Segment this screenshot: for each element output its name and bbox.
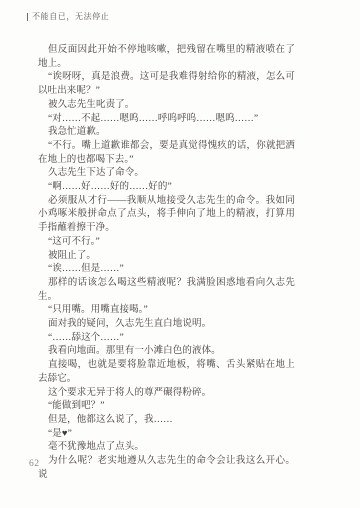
narration-paragraph: 我急忙道歉。 (38, 126, 295, 140)
dialogue-paragraph: “对……不起……嗯呜……呼呜呼呜……嗯呜……” (38, 113, 295, 127)
dialogue-paragraph: “啊……好……好的……好的” (38, 181, 295, 195)
narration-paragraph: 直接喝，也就是要将脸靠近地板，将嘴、舌头紧贴在地上去舔它。 (38, 359, 295, 386)
dialogue-paragraph: “诶……但是……” (38, 263, 295, 277)
dialogue-paragraph: “不行。嘴上道歉谁都会，要是真觉得愧疚的话，你就把洒在地上的也都喝下去。” (38, 140, 295, 167)
narration-paragraph: 毫不犹豫地点了点头。 (38, 441, 295, 455)
page-number: 62 (29, 459, 40, 469)
narration-paragraph: 但是，他都这么说了，我…… (38, 414, 295, 428)
header-rule-icon (27, 13, 28, 21)
narration-paragraph: 那样的话该怎么喝这些精液呢？我满脸困惑地看向久志先生。 (38, 277, 295, 304)
narration-paragraph: 被久志先生叱责了。 (38, 99, 295, 113)
narration-paragraph: 被阻止了。 (38, 250, 295, 264)
dialogue-paragraph: “是♥” (38, 428, 295, 442)
book-page: 不能自已，无法停止 但反面因此开始不停地咳嗽，把残留在嘴里的精液喷在了地上。“诶… (0, 0, 360, 508)
narration-paragraph: 必须服从才行——我顺从地接受久志先生的命令。我如同小鸡啄米般拼命点了点头，将手伸… (38, 195, 295, 236)
dialogue-paragraph: “这可不行。” (38, 236, 295, 250)
narration-paragraph: 为什么呢？老实地遵从久志先生的命令会让我这么开心。说 (38, 455, 295, 482)
dialogue-paragraph: “……舔这个……” (38, 332, 295, 346)
dialogue-paragraph: “诶呀呀，真是浪费。这可是我难得射给你的精液，怎么可以吐出来呢？” (38, 71, 295, 98)
dialogue-paragraph: “能做到吧？” (38, 400, 295, 414)
narration-paragraph: 但反面因此开始不停地咳嗽，把残留在嘴里的精液喷在了地上。 (38, 44, 295, 71)
narration-paragraph: 我看向地面。那里有一小滩白色的液体。 (38, 345, 295, 359)
page-body: 但反面因此开始不停地咳嗽，把残留在嘴里的精液喷在了地上。“诶呀呀，真是浪费。这可… (38, 44, 295, 483)
running-header: 不能自已，无法停止 (27, 12, 109, 22)
running-header-title: 不能自已，无法停止 (32, 12, 109, 22)
dialogue-paragraph: “只用嘴。用嘴直接喝。” (38, 304, 295, 318)
narration-paragraph: 久志先生下达了命令。 (38, 167, 295, 181)
narration-paragraph: 这个要求无异于将人的尊严碾得粉碎。 (38, 387, 295, 401)
narration-paragraph: 面对我的疑问，久志先生直白地说明。 (38, 318, 295, 332)
